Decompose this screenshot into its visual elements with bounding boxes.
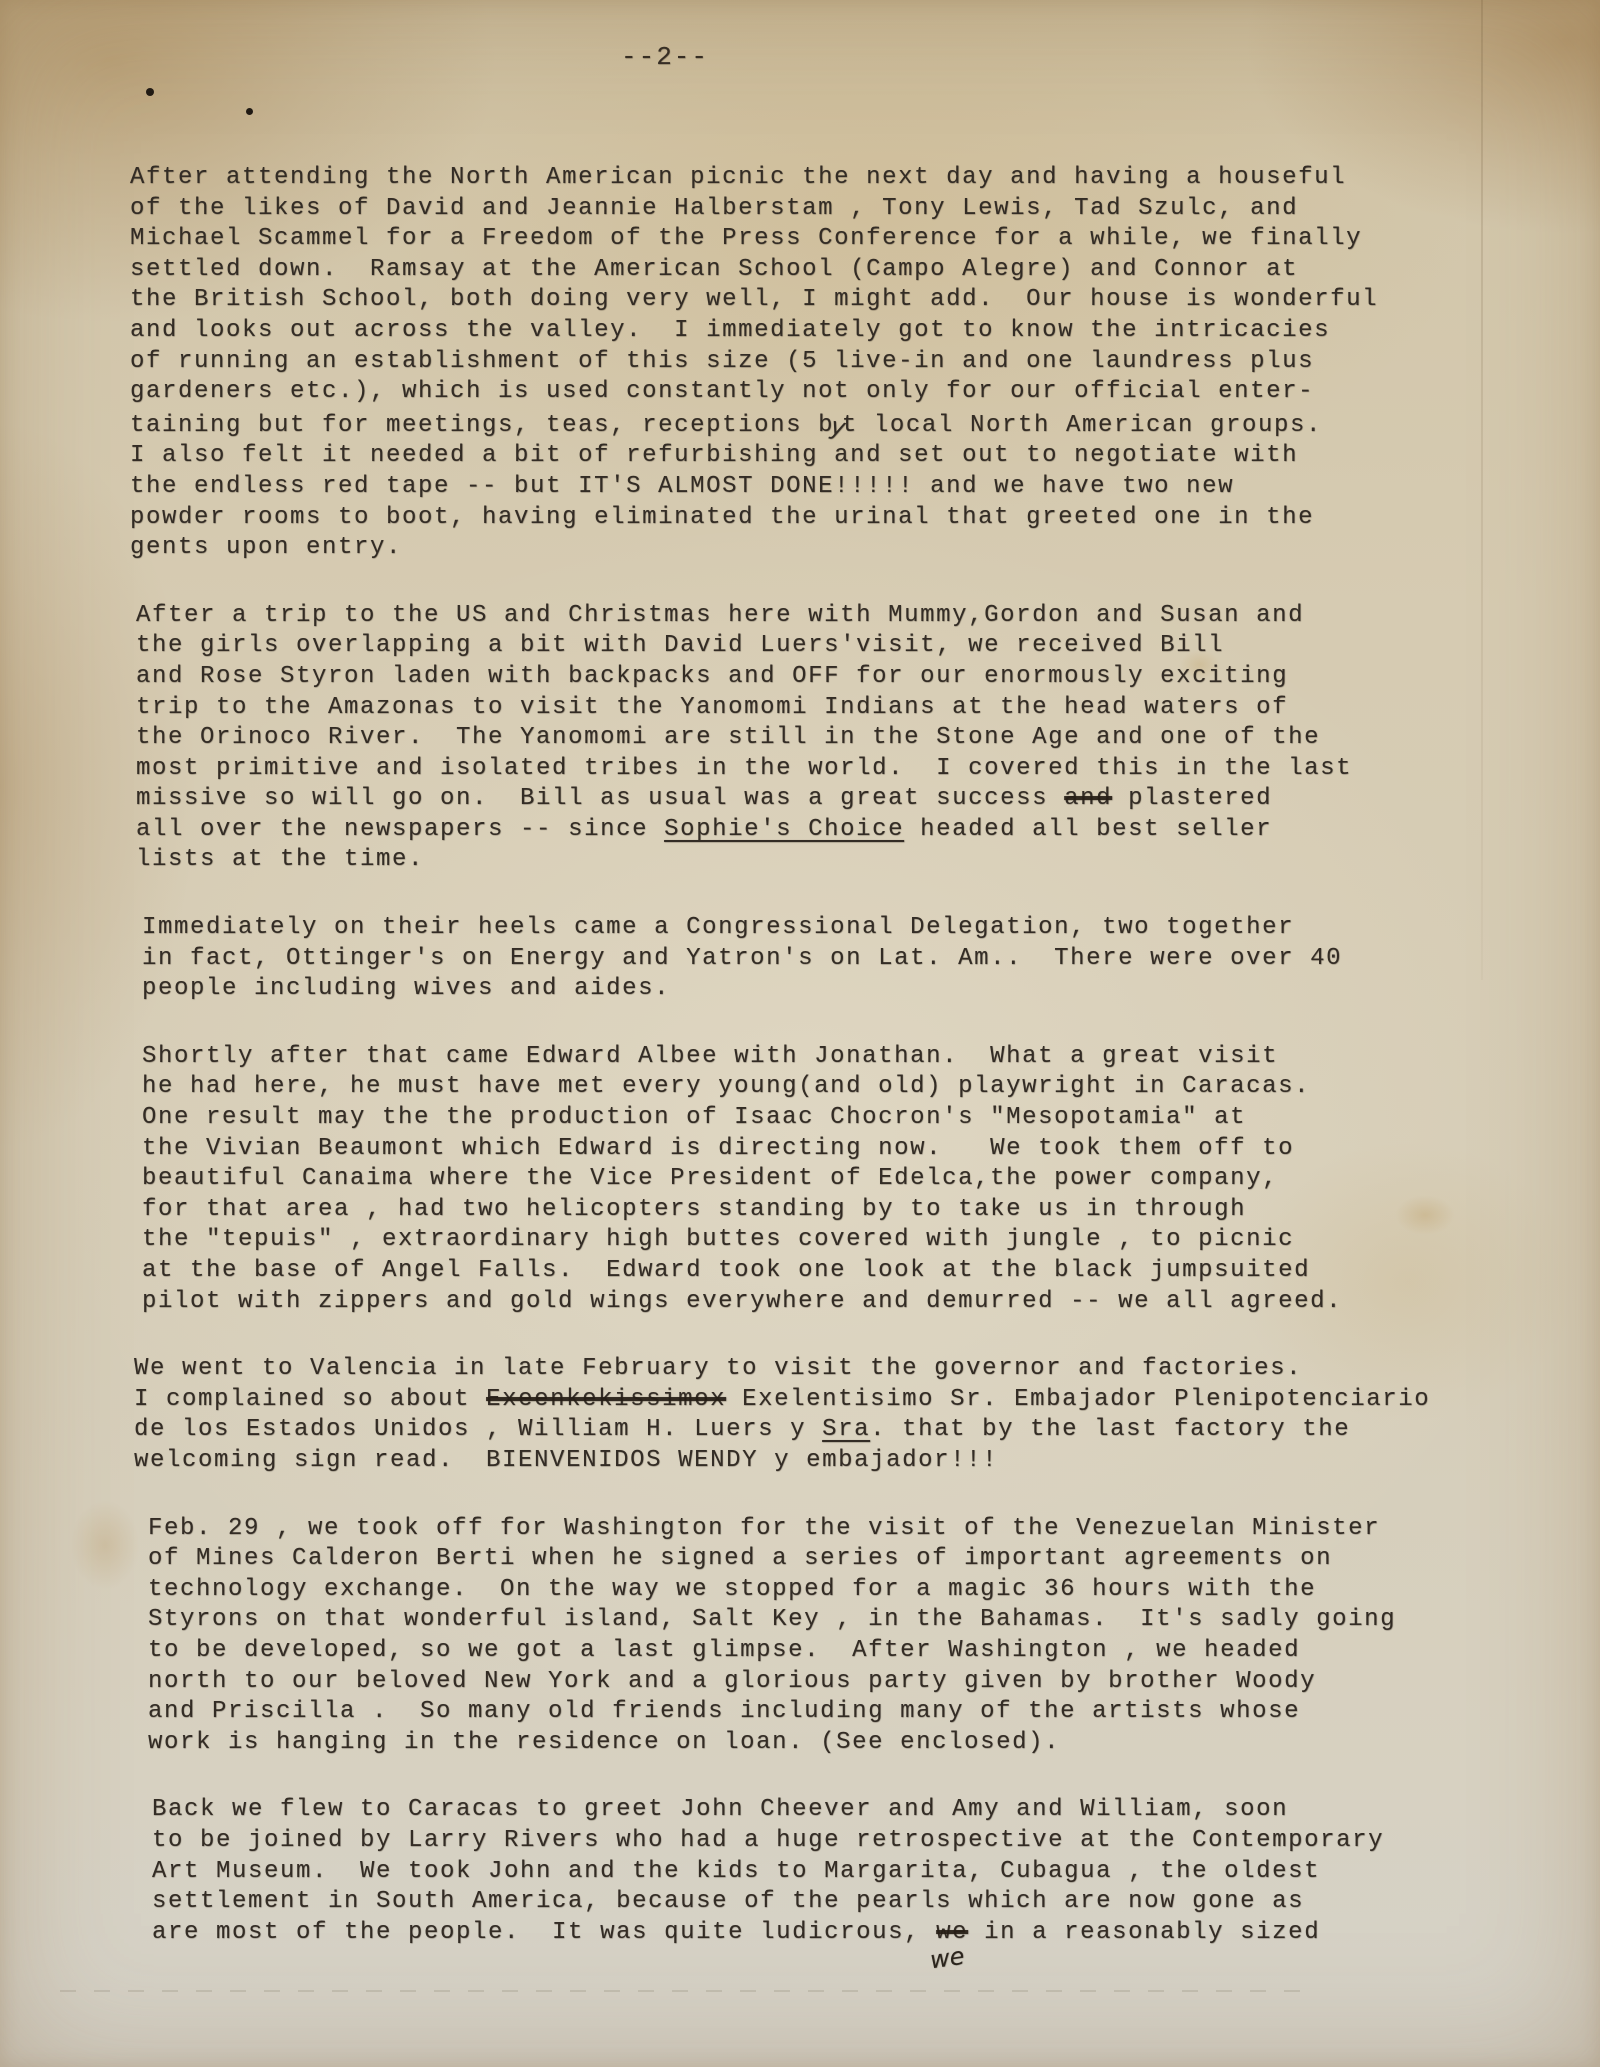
document-page: --2-- After attending the North American… xyxy=(0,0,1600,2067)
text-line: taining but for meetings, teas, receptio… xyxy=(130,408,1430,442)
paragraph: Feb. 29 , we took off for Washington for… xyxy=(148,1514,1430,1759)
text-line: and Rose Styron laden with backpacks and… xyxy=(136,662,1430,693)
text-line: the endless red tape -- but IT'S ALMOST … xyxy=(130,472,1430,503)
text-line: I complained so about Exeenkekissimox Ex… xyxy=(134,1385,1430,1416)
text-line: Back we flew to Caracas to greet John Ch… xyxy=(152,1795,1430,1826)
paper-crease xyxy=(60,1990,1300,1992)
text-line: Michael Scammel for a Freedom of the Pre… xyxy=(130,224,1430,255)
text-line: settled down. Ramsay at the American Sch… xyxy=(130,255,1430,286)
text-line: at the base of Angel Falls. Edward took … xyxy=(142,1256,1430,1287)
text-line: lists at the time. xyxy=(136,845,1430,876)
struck-out-word: wewe xyxy=(936,1918,968,1949)
text-line: the Orinoco River. The Yanomomi are stil… xyxy=(136,723,1430,754)
paper-speck xyxy=(246,108,253,115)
struck-out-word: and xyxy=(1064,784,1112,815)
text-line: all over the newspapers -- since Sophie'… xyxy=(136,815,1430,846)
text-line: technology exchange. On the way we stopp… xyxy=(148,1575,1430,1606)
text-line: and Priscilla . So many old friends incl… xyxy=(148,1697,1430,1728)
text-line: of Mines Calderon Berti when he signed a… xyxy=(148,1544,1430,1575)
text-line: powder rooms to boot, having eliminated … xyxy=(130,503,1430,534)
text-line: work is hanging in the residence on loan… xyxy=(148,1728,1430,1759)
book-title: Sophie's Choice xyxy=(664,816,904,843)
text-line: Art Museum. We took John and the kids to… xyxy=(152,1857,1430,1888)
text-line: the "tepuis" , extraordinary high buttes… xyxy=(142,1225,1430,1256)
text-line: to be joined by Larry Rivers who had a h… xyxy=(152,1826,1430,1857)
paragraph: Immediately on their heels came a Congre… xyxy=(142,913,1430,1005)
letter-body: After attending the North American picni… xyxy=(0,163,1430,1985)
text-line: Feb. 29 , we took off for Washington for… xyxy=(148,1514,1430,1545)
text-line: settlement in South America, because of … xyxy=(152,1887,1430,1918)
text-line: One result may the the production of Isa… xyxy=(142,1103,1430,1134)
paragraph: After attending the North American picni… xyxy=(130,163,1430,564)
text-line: in fact, Ottinger's on Energy and Yatron… xyxy=(142,944,1430,975)
text-line: After attending the North American picni… xyxy=(130,163,1430,194)
text-line: missive so will go on. Bill as usual was… xyxy=(136,784,1430,815)
text-line: de los Estados Unidos , William H. Luers… xyxy=(134,1415,1430,1446)
struck-out-word: Exeenkekissimox xyxy=(486,1385,726,1416)
handwritten-correction: we xyxy=(928,1940,966,1975)
underlined-word: Sra xyxy=(822,1416,870,1443)
paragraph: After a trip to the US and Christmas her… xyxy=(136,601,1430,876)
text-line: Styrons on that wonderful island, Salt K… xyxy=(148,1605,1430,1636)
text-line: beautiful Canaima where the Vice Preside… xyxy=(142,1164,1430,1195)
text-line: of the likes of David and Jeannie Halber… xyxy=(130,194,1430,225)
paragraph: We went to Valencia in late February to … xyxy=(134,1354,1430,1476)
text-line: the girls overlapping a bit with David L… xyxy=(136,631,1430,662)
handwritten-letter: y xyxy=(829,411,850,444)
text-line: I also felt it needed a bit of refurbish… xyxy=(130,441,1430,472)
paragraph: Shortly after that came Edward Albee wit… xyxy=(142,1042,1430,1317)
text-line: the British School, both doing very well… xyxy=(130,285,1430,316)
text-line: he had here, he must have met every youn… xyxy=(142,1072,1430,1103)
text-line: most primitive and isolated tribes in th… xyxy=(136,754,1430,785)
text-line: pilot with zippers and gold wings everyw… xyxy=(142,1287,1430,1318)
paper-crease xyxy=(1481,0,1483,980)
text-line: people including wives and aides. xyxy=(142,974,1430,1005)
text-line: and looks out across the valley. I immed… xyxy=(130,316,1430,347)
text-line: north to our beloved New York and a glor… xyxy=(148,1667,1430,1698)
text-line: are most of the people. It was quite lud… xyxy=(152,1918,1430,1949)
text-line: the Vivian Beaumont which Edward is dire… xyxy=(142,1134,1430,1165)
text-line: Immediately on their heels came a Congre… xyxy=(142,913,1430,944)
text-line: Shortly after that came Edward Albee wit… xyxy=(142,1042,1430,1073)
text-line: gardeners etc.), which is used constantl… xyxy=(130,377,1430,408)
text-line: for that area , had two helicopters stan… xyxy=(142,1195,1430,1226)
page-number: --2-- xyxy=(0,42,1330,72)
text-line: to be developed, so we got a last glimps… xyxy=(148,1636,1430,1667)
text-line: trip to the Amazonas to visit the Yanomo… xyxy=(136,693,1430,724)
paragraph: Back we flew to Caracas to greet John Ch… xyxy=(152,1795,1430,1948)
text-line: We went to Valencia in late February to … xyxy=(134,1354,1430,1385)
text-line: After a trip to the US and Christmas her… xyxy=(136,601,1430,632)
paper-speck xyxy=(146,88,154,96)
text-line: welcoming sign read. BIENVENIDOS WENDY y… xyxy=(134,1446,1430,1477)
text-line: gents upon entry. xyxy=(130,533,1430,564)
text-line: of running an establishment of this size… xyxy=(130,347,1430,378)
